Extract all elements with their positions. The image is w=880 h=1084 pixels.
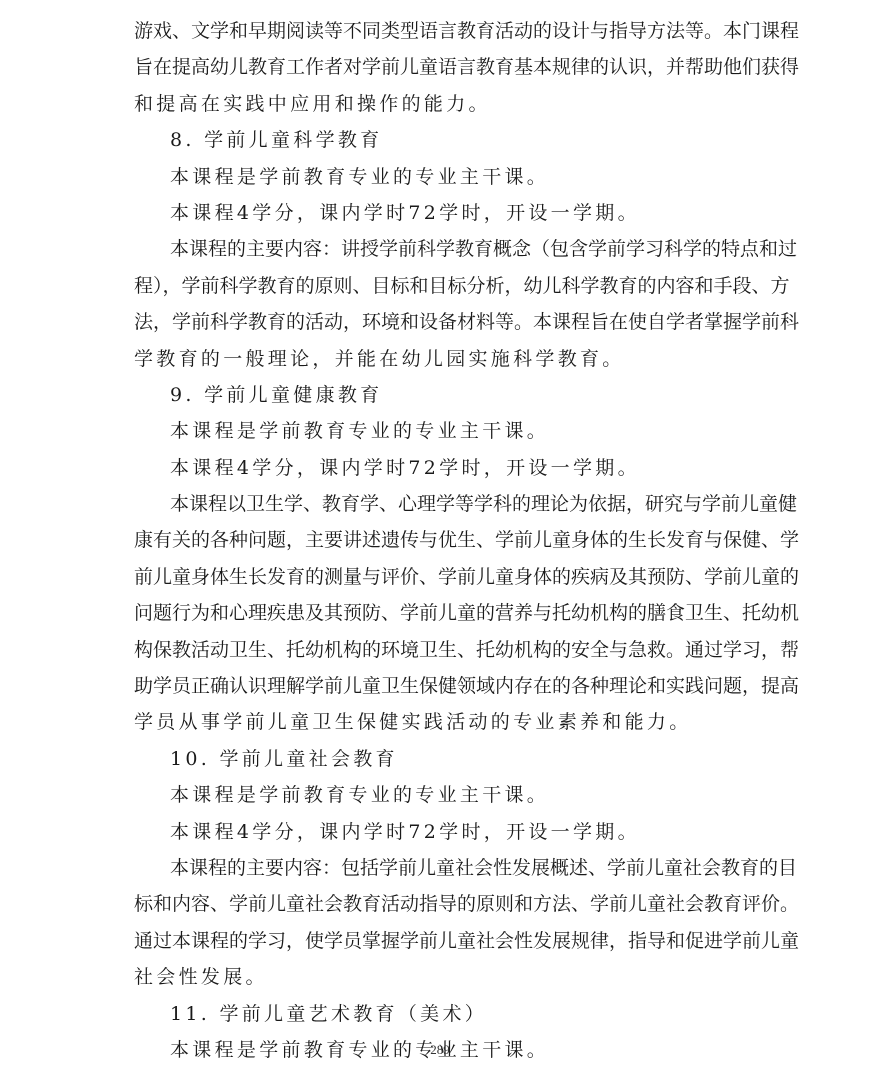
section-heading-10: 10. 学前儿童社会教育 <box>134 741 748 777</box>
paragraph-line: 标和内容、学前儿童社会教育活动指导的原则和方法、学前儿童社会教育评价。 <box>134 886 748 922</box>
paragraph-line: 学教育的一般理论，并能在幼儿园实施科学教育。 <box>134 341 748 377</box>
course-type-line: 本课程是学前教育专业的专业主干课。 <box>134 777 748 813</box>
page-number: 289 <box>0 1042 880 1058</box>
paragraph-line: 构保教活动卫生、托幼机构的环境卫生、托幼机构的安全与急救。通过学习，帮 <box>134 632 748 668</box>
paragraph-line: 本课程的主要内容：讲授学前科学教育概念（包含学前学习科学的特点和过 <box>134 231 748 267</box>
document-page: 游戏、文学和早期阅读等不同类型语言教育活动的设计与指导方法等。本门课程 旨在提高… <box>134 13 748 1068</box>
paragraph-line: 旨在提高幼儿教育工作者对学前儿童语言教育基本规律的认识，并帮助他们获得 <box>134 49 748 85</box>
paragraph-line: 和提高在实践中应用和操作的能力。 <box>134 86 748 122</box>
section-heading-9: 9. 学前儿童健康教育 <box>134 377 748 413</box>
section-heading-11: 11. 学前儿童艺术教育（美术） <box>134 996 748 1032</box>
paragraph-line: 游戏、文学和早期阅读等不同类型语言教育活动的设计与指导方法等。本门课程 <box>134 13 748 49</box>
course-type-line: 本课程是学前教育专业的专业主干课。 <box>134 159 748 195</box>
paragraph-line: 本课程的主要内容：包括学前儿童社会性发展概述、学前儿童社会教育的目 <box>134 850 748 886</box>
paragraph-line: 前儿童身体生长发育的测量与评价、学前儿童身体的疾病及其预防、学前儿童的 <box>134 559 748 595</box>
paragraph-line: 社会性发展。 <box>134 959 748 995</box>
paragraph-line: 法，学前科学教育的活动，环境和设备材料等。本课程旨在使自学者掌握学前科 <box>134 304 748 340</box>
course-credits-line: 本课程4学分，课内学时72学时，开设一学期。 <box>134 195 748 231</box>
paragraph-line: 程），学前科学教育的原则、目标和目标分析，幼儿科学教育的内容和手段、方 <box>134 268 748 304</box>
paragraph-line: 本课程以卫生学、教育学、心理学等学科的理论为依据，研究与学前儿童健 <box>134 486 748 522</box>
paragraph-line: 问题行为和心理疾患及其预防、学前儿童的营养与托幼机构的膳食卫生、托幼机 <box>134 595 748 631</box>
course-credits-line: 本课程4学分，课内学时72学时，开设一学期。 <box>134 450 748 486</box>
paragraph-line: 通过本课程的学习，使学员掌握学前儿童社会性发展规律，指导和促进学前儿童 <box>134 923 748 959</box>
course-credits-line: 本课程4学分，课内学时72学时，开设一学期。 <box>134 814 748 850</box>
course-type-line: 本课程是学前教育专业的专业主干课。 <box>134 413 748 449</box>
section-heading-8: 8. 学前儿童科学教育 <box>134 122 748 158</box>
paragraph-line: 康有关的各种问题，主要讲述遗传与优生、学前儿童身体的生长发育与保健、学 <box>134 522 748 558</box>
paragraph-line: 学员从事学前儿童卫生保健实践活动的专业素养和能力。 <box>134 704 748 740</box>
paragraph-line: 助学员正确认识理解学前儿童卫生保健领域内存在的各种理论和实践问题，提高 <box>134 668 748 704</box>
